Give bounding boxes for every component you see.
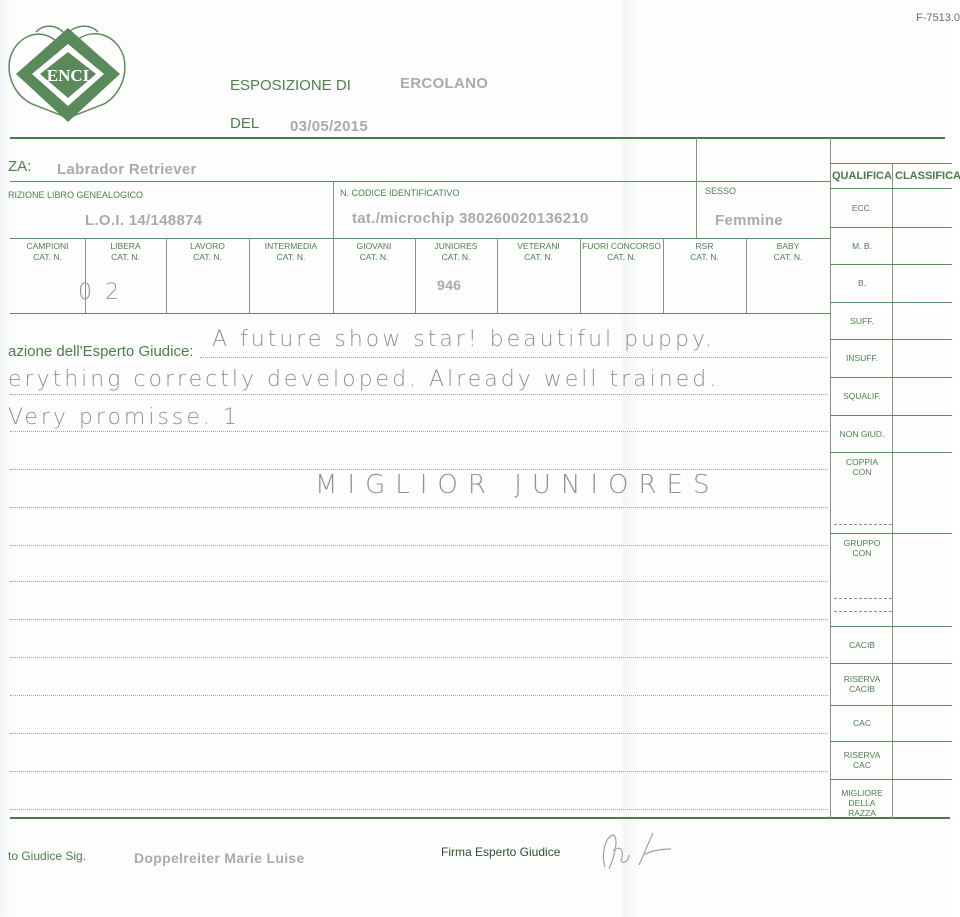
- ruled-line: [200, 357, 828, 358]
- codice-value: tat./microchip 380260020136210: [352, 210, 589, 227]
- ruled-line: [10, 469, 828, 470]
- ruled-line: [10, 695, 828, 696]
- ruled-line: [10, 431, 828, 432]
- divider: [830, 663, 952, 664]
- category-name: LIBERA: [85, 241, 166, 252]
- divider: [333, 181, 334, 238]
- frame-bottom-line: [10, 817, 950, 819]
- ruled-line: [10, 581, 828, 582]
- category-sub: CAT. N.: [663, 252, 746, 263]
- qualifica-row: RISERVA CAC: [832, 750, 892, 770]
- qualifica-row: COPPIA CON: [832, 457, 892, 477]
- category-value: 946: [437, 277, 461, 293]
- divider: [10, 181, 830, 182]
- divider: [830, 264, 952, 265]
- divider: [10, 313, 830, 314]
- category-name: JUNIORES: [415, 241, 497, 252]
- date-label: DEL: [230, 115, 259, 132]
- qualifica-row: B.: [832, 278, 892, 288]
- esposizione-value: ERCOLANO: [400, 75, 488, 92]
- judgement-line-2: erything correctly developed. Already we…: [8, 367, 719, 392]
- qualifica-row: M. B.: [832, 241, 892, 251]
- category-name: RSR: [663, 241, 746, 252]
- category-name: INTERMEDIA: [249, 241, 333, 252]
- judge-label: to Giudice Sig.: [8, 849, 86, 863]
- category-cell-intermedia: INTERMEDIACAT. N.: [249, 241, 333, 263]
- divider: [830, 227, 952, 228]
- ruled-line: [10, 545, 828, 546]
- category-cell-baby: BABYCAT. N.: [746, 241, 830, 263]
- category-name: VETERANI: [497, 241, 580, 252]
- ruled-line: [10, 507, 828, 508]
- category-name: CAMPIONI: [10, 241, 85, 252]
- category-sub: CAT. N.: [166, 252, 249, 263]
- ruled-line: [10, 619, 828, 620]
- qualifica-row: INSUFF.: [832, 353, 892, 363]
- qualifica-header: QUALIFICA: [832, 170, 892, 182]
- divider: [830, 138, 831, 818]
- qualifica-row: GRUPPO CON: [832, 538, 892, 558]
- divider: [830, 705, 952, 706]
- ruled-line: [10, 771, 828, 772]
- classifica-header: CLASSIFICA: [895, 170, 960, 182]
- category-name: LAVORO: [166, 241, 249, 252]
- divider: [830, 452, 952, 453]
- qualifica-row: SQUALIF.: [832, 391, 892, 401]
- svg-text:ENCI: ENCI: [47, 66, 90, 85]
- divider: [830, 377, 952, 378]
- divider: [830, 415, 952, 416]
- ruled-line: [10, 394, 828, 395]
- esposizione-label: ESPOSIZIONE DI: [230, 77, 351, 94]
- qualifica-row: ECC.: [832, 203, 892, 213]
- codice-label: N. CODICE IDENTIFICATIVO: [340, 188, 459, 198]
- category-sub: CAT. N.: [333, 252, 415, 263]
- category-cell-veterani: VETERANICAT. N.: [497, 241, 580, 263]
- category-sub: CAT. N.: [85, 252, 166, 263]
- category-cell-libera: LIBERACAT. N.: [85, 241, 166, 263]
- category-sub: CAT. N.: [249, 252, 333, 263]
- divider: [696, 138, 697, 238]
- iscrizione-value: L.O.I. 14/148874: [85, 212, 202, 229]
- judge-signature-icon: [595, 825, 685, 875]
- frame-top-line: [10, 137, 945, 139]
- date-value: 03/05/2015: [290, 118, 368, 135]
- signature-label: Firma Esperto Giudice: [441, 845, 560, 859]
- category-cell-juniores: JUNIORESCAT. N.: [415, 241, 497, 263]
- category-name: GIOVANI: [333, 241, 415, 252]
- divider: [10, 238, 830, 239]
- divider: [830, 741, 952, 742]
- divider: [830, 339, 952, 340]
- judgement-line-4: MIGLIOR JUNIORES: [315, 470, 719, 500]
- dashed-line: [834, 611, 892, 612]
- category-cell-campioni: CAMPIONICAT. N.: [10, 241, 85, 263]
- qualifica-row: RISERVA CACIB: [832, 674, 892, 694]
- divider: [892, 163, 893, 818]
- qualifica-row: CAC: [832, 718, 892, 728]
- divider: [830, 188, 952, 189]
- sesso-label: SESSO: [705, 186, 736, 196]
- judgement-label: azione dell'Esperto Giudice:: [8, 343, 193, 360]
- judgement-line-3: Very promisse. 1: [8, 405, 240, 430]
- category-sub: CAT. N.: [580, 252, 663, 263]
- judge-name: Doppelreiter Marie Luise: [134, 850, 305, 866]
- category-sub: CAT. N.: [10, 252, 85, 263]
- libera-handwritten: 0 2: [78, 280, 122, 305]
- dashed-line: [834, 524, 892, 525]
- qualifica-row: NON GIUD.: [832, 429, 892, 439]
- divider: [830, 302, 952, 303]
- qualifica-row: MIGLIORE DELLA RAZZA: [832, 788, 892, 818]
- ruled-line: [10, 733, 828, 734]
- ruled-line: [10, 809, 828, 810]
- category-cell-giovani: GIOVANICAT. N.: [333, 241, 415, 263]
- category-cell-fuori-concorso: FUORI CONCORSOCAT. N.: [580, 241, 663, 263]
- qualifica-row: CACIB: [832, 640, 892, 650]
- category-cell-rsr: RSRCAT. N.: [663, 241, 746, 263]
- divider: [830, 626, 952, 627]
- dashed-line: [834, 598, 892, 599]
- judgement-line-1: A future show star! beautiful puppy.: [212, 327, 715, 352]
- category-name: FUORI CONCORSO: [580, 241, 663, 252]
- qualifica-row: SUFF.: [832, 316, 892, 326]
- dog-show-judging-form: ENCI F-7513.0 ESPOSIZIONE DI ERCOLANO DE…: [0, 0, 960, 917]
- category-sub: CAT. N.: [497, 252, 580, 263]
- category-name: BABY: [746, 241, 830, 252]
- category-sub: CAT. N.: [415, 252, 497, 263]
- divider: [830, 779, 952, 780]
- razza-label: ZA:: [8, 158, 31, 175]
- razza-value: Labrador Retriever: [57, 161, 197, 178]
- iscrizione-label: RIZIONE LIBRO GENEALOGICO: [8, 190, 143, 200]
- category-sub: CAT. N.: [746, 252, 830, 263]
- form-code: F-7513.0: [916, 12, 960, 24]
- enci-logo-icon: ENCI: [6, 18, 130, 126]
- divider: [830, 533, 952, 534]
- divider: [830, 163, 952, 164]
- ruled-line: [10, 657, 828, 658]
- category-cell-lavoro: LAVOROCAT. N.: [166, 241, 249, 263]
- sesso-value: Femmine: [715, 212, 783, 229]
